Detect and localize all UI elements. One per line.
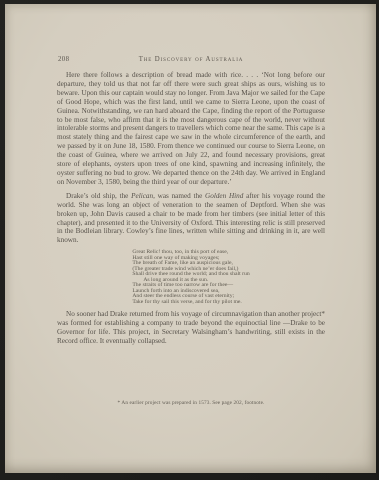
ship-name-golden-hind: Golden Hind	[205, 192, 243, 200]
paragraph-trade-project: No sooner had Drake returned from his vo…	[57, 310, 325, 346]
running-head: The Discovery of Australia	[57, 56, 325, 63]
scan-frame: 208 The Discovery of Australia Here ther…	[0, 0, 379, 480]
cowley-verse-block: Great Relic! thou, too, in this port of …	[132, 250, 249, 305]
verse-line: Take for thy sail this verse, and for th…	[132, 300, 249, 306]
ship-name-pelican: Pelican	[131, 192, 153, 200]
paragraph-drake-voyage-quote: Here there follows a description of brea…	[57, 71, 325, 187]
page-number: 208	[58, 56, 69, 63]
book-page: 208 The Discovery of Australia Here ther…	[5, 4, 376, 473]
paragraph-2-seg-2: , was named the	[153, 192, 205, 200]
footnote: * An earlier project was prepared in 157…	[57, 400, 325, 406]
paragraph-golden-hind: Drake’s old ship, the Pelican, was named…	[57, 192, 325, 245]
paragraph-2-seg-1: Drake’s old ship, the	[66, 192, 131, 200]
page-header: 208 The Discovery of Australia	[57, 56, 325, 65]
